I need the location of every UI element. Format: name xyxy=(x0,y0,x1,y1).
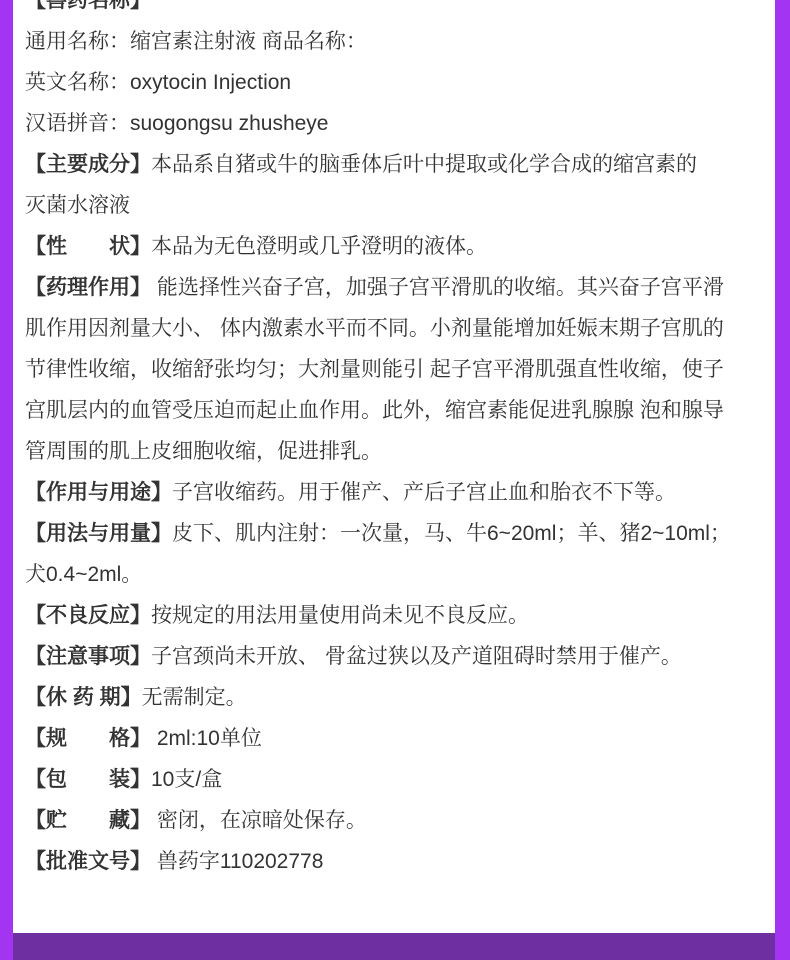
line-text: 管周围的肌上皮细胞收缩，促进排乳。 xyxy=(25,440,382,463)
section-label: 【休 药 期】 xyxy=(25,686,142,709)
character-line: 【性 状】本品为无色澄明或几乎澄明的液体。 xyxy=(25,226,767,267)
line-text: 汉语拼音：suogongsu zhusheye xyxy=(25,112,329,135)
section-label: 【兽药名称】 xyxy=(25,0,151,12)
section-label: 【规 格】 xyxy=(25,727,151,750)
packaging-line: 【包 装】10支/盒 xyxy=(25,759,767,800)
line-text: 肌作用因剂量大小、 体内激素水平而不同。小剂量能增加妊娠末期子宫肌的 xyxy=(25,317,724,340)
storage-line: 【贮 藏】 密闭，在凉暗处保存。 xyxy=(25,800,767,841)
section-label: 【性 状】 xyxy=(25,235,151,258)
section-label: 【主要成分】 xyxy=(25,153,151,176)
dosage-line: 【用法与用量】皮下、肌内注射：一次量，马、牛6~20ml；羊、猪2~10ml； xyxy=(25,513,767,554)
pharmacology-line-5: 管周围的肌上皮细胞收缩，促进排乳。 xyxy=(25,431,767,472)
indications-line: 【作用与用途】子宫收缩药。用于催产、产后子宫止血和胎衣不下等。 xyxy=(25,472,767,513)
pharmacology-line: 【药理作用】 能选择性兴奋子宫，加强子宫平滑肌的收缩。其兴奋子宫平滑 xyxy=(25,267,767,308)
line-text: 本品为无色澄明或几乎澄明的液体。 xyxy=(151,235,487,258)
specification-line: 【规 格】 2ml:10单位 xyxy=(25,718,767,759)
generic-name-line: 通用名称：缩宫素注射液 商品名称： xyxy=(25,21,767,62)
section-label: 【注意事项】 xyxy=(25,645,151,668)
section-label: 【贮 藏】 xyxy=(25,809,151,832)
line-text: 灭菌水溶液 xyxy=(25,194,130,217)
dosage-line-2: 犬0.4~2ml。 xyxy=(25,554,767,595)
line-text: 通用名称：缩宫素注射液 商品名称： xyxy=(25,30,367,53)
adverse-reactions-line: 【不良反应】按规定的用法用量使用尚未见不良反应。 xyxy=(25,595,767,636)
section-label: 【药理作用】 xyxy=(25,276,151,299)
ingredients-line-2: 灭菌水溶液 xyxy=(25,185,767,226)
line-text: 密闭，在凉暗处保存。 xyxy=(151,809,367,832)
precautions-line: 【注意事项】子宫颈尚未开放、 骨盆过狭以及产道阻碍时禁用于催产。 xyxy=(25,636,767,677)
line-text: 2ml:10单位 xyxy=(151,727,262,750)
line-text: 英文名称：oxytocin Injection xyxy=(25,71,291,94)
line-text: 皮下、肌内注射：一次量，马、牛6~20ml；羊、猪2~10ml； xyxy=(172,522,731,545)
drug-leaflet-content: 【兽药名称】 通用名称：缩宫素注射液 商品名称： 英文名称：oxytocin I… xyxy=(13,0,775,882)
bottom-accent-bar xyxy=(13,933,775,960)
section-label: 【不良反应】 xyxy=(25,604,151,627)
approval-number-line: 【批准文号】 兽药字110202778 xyxy=(25,841,767,882)
line-text: 节律性收缩，收缩舒张均匀；大剂量则能引 起子宫平滑肌强直性收缩，使子 xyxy=(25,358,724,381)
line-text: 宫肌层内的血管受压迫而起止血作用。此外，缩宫素能促进乳腺腺 泡和腺导 xyxy=(25,399,724,422)
line-text: 犬0.4~2ml。 xyxy=(25,563,142,586)
section-label: 【作用与用途】 xyxy=(25,481,172,504)
line-text: 按规定的用法用量使用尚未见不良反应。 xyxy=(151,604,529,627)
line-text: 本品系自猪或牛的脑垂体后叶中提取或化学合成的缩宫素的 xyxy=(151,153,697,176)
left-accent-border xyxy=(0,0,13,960)
line-text: 无需制定。 xyxy=(142,686,247,709)
withdrawal-period-line: 【休 药 期】无需制定。 xyxy=(25,677,767,718)
section-label: 【包 装】 xyxy=(25,768,151,791)
pharmacology-line-2: 肌作用因剂量大小、 体内激素水平而不同。小剂量能增加妊娠末期子宫肌的 xyxy=(25,308,767,349)
ingredients-line: 【主要成分】本品系自猪或牛的脑垂体后叶中提取或化学合成的缩宫素的 xyxy=(25,144,767,185)
line-text: 兽药字110202778 xyxy=(151,850,323,873)
drug-name-heading: 【兽药名称】 xyxy=(25,0,767,21)
line-text: 10支/盒 xyxy=(151,768,222,791)
line-text: 子宫颈尚未开放、 骨盆过狭以及产道阻碍时禁用于催产。 xyxy=(151,645,682,668)
line-text: 子宫收缩药。用于催产、产后子宫止血和胎衣不下等。 xyxy=(172,481,676,504)
section-label: 【用法与用量】 xyxy=(25,522,172,545)
english-name-line: 英文名称：oxytocin Injection xyxy=(25,62,767,103)
pinyin-line: 汉语拼音：suogongsu zhusheye xyxy=(25,103,767,144)
line-text: 能选择性兴奋子宫，加强子宫平滑肌的收缩。其兴奋子宫平滑 xyxy=(151,276,724,299)
section-label: 【批准文号】 xyxy=(25,850,151,873)
pharmacology-line-4: 宫肌层内的血管受压迫而起止血作用。此外，缩宫素能促进乳腺腺 泡和腺导 xyxy=(25,390,767,431)
right-accent-border xyxy=(775,0,790,960)
pharmacology-line-3: 节律性收缩，收缩舒张均匀；大剂量则能引 起子宫平滑肌强直性收缩，使子 xyxy=(25,349,767,390)
